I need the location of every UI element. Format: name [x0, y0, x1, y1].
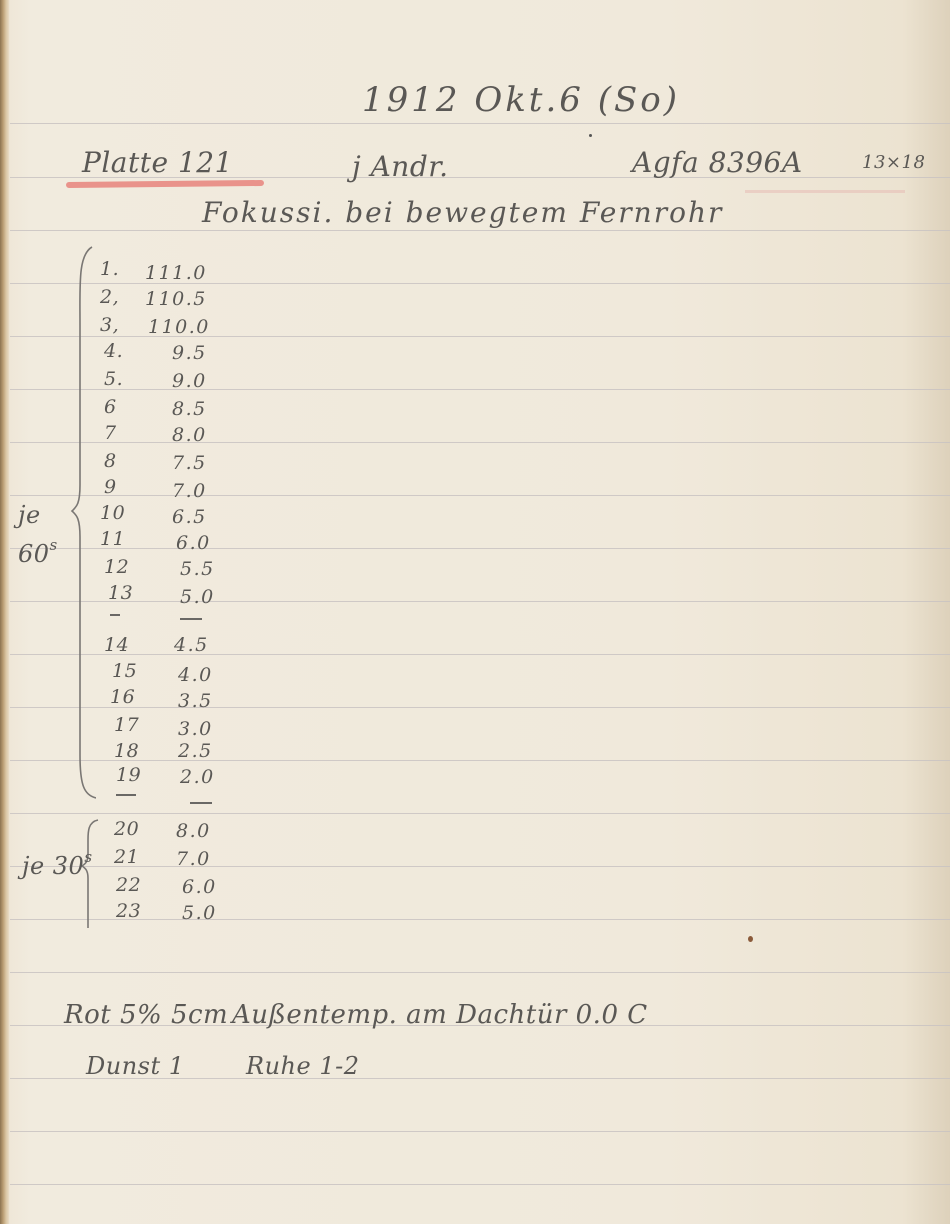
ruled-line [10, 1131, 950, 1132]
group1-interval-label: je 60s [18, 500, 58, 569]
group1-label-je: je [18, 501, 41, 529]
focus-value: 5.0 [182, 902, 217, 924]
ruled-line [10, 1184, 950, 1185]
ruled-line [10, 707, 950, 708]
exposure-number: 5. [104, 368, 123, 390]
focus-value: 110.5 [145, 288, 207, 310]
group2-label-text: je 30 [22, 852, 84, 880]
ruled-line [10, 813, 950, 814]
focus-value: 3.0 [178, 718, 213, 740]
exposure-number: 10 [100, 502, 125, 524]
exposure-number: 13 [108, 582, 133, 604]
ruled-line [10, 654, 950, 655]
focus-value: 7.0 [172, 480, 207, 502]
exposure-number: 2, [100, 286, 119, 308]
exposure-number: 3, [100, 314, 119, 336]
focus-value: 110.0 [148, 316, 210, 338]
exposure-number: 9 [104, 476, 117, 498]
ruled-line [10, 442, 950, 443]
separator-dash [180, 618, 202, 620]
ruled-line [10, 230, 950, 231]
note-seeing: Ruhe 1-2 [246, 1052, 359, 1080]
faint-red-mark [745, 190, 905, 193]
focus-value: 9.0 [172, 370, 207, 392]
note-haze: Dunst 1 [86, 1052, 185, 1080]
focus-value: 5.5 [180, 558, 215, 580]
ruled-line [10, 548, 950, 549]
group1-label-unit: s [50, 536, 58, 554]
exposure-number: 22 [116, 874, 141, 896]
ruled-line [10, 495, 950, 496]
focus-value: 4.5 [174, 634, 209, 656]
exposure-number: 17 [114, 714, 139, 736]
red-pencil-underline [66, 180, 264, 188]
group2-label-unit: s [84, 848, 92, 866]
binding-edge [0, 0, 9, 1224]
exposure-number: 19 [116, 764, 141, 786]
page-title-date: 1912 Okt.6 (So) [362, 80, 680, 120]
focus-value: 9.5 [172, 342, 207, 364]
exposure-number: 1. [100, 258, 119, 280]
exposure-number: 15 [112, 660, 137, 682]
exposure-number: 11 [100, 528, 125, 550]
exposure-number: 23 [116, 900, 141, 922]
exposure-number: 14 [104, 634, 129, 656]
separator-dash [110, 614, 120, 616]
ink-spot [748, 936, 753, 942]
ruled-line [10, 601, 950, 602]
group2-interval-label: je 30s [22, 848, 93, 880]
note-temperature: Außentemp. am Dachtür 0.0 C [232, 1000, 648, 1030]
exposure-number: 16 [110, 686, 135, 708]
note-filter: Rot 5% 5cm [64, 1000, 228, 1030]
group1-label-seconds: 60 [18, 540, 50, 568]
underline-dash [116, 794, 136, 796]
focus-value: 2.5 [178, 740, 213, 762]
plate-emulsion: Agfa 8396A [632, 146, 803, 179]
notebook-page: 1912 Okt.6 (So) Platte 121 j Andr. Agfa … [0, 0, 950, 1224]
observer-name: j Andr. [352, 150, 448, 183]
focus-value: 6.0 [182, 876, 217, 898]
exposure-number: 12 [104, 556, 129, 578]
exposure-number: 18 [114, 740, 139, 762]
exposure-number: 4. [104, 340, 123, 362]
exposure-number: 7 [104, 422, 117, 444]
ruled-line [10, 389, 950, 390]
ruled-line [10, 866, 950, 867]
exposure-number: 8 [104, 450, 117, 472]
exposure-number: 6 [104, 396, 117, 418]
focus-value: 4.0 [178, 664, 213, 686]
page-subtitle: Fokussi. bei bewegtem Fernrohr [202, 196, 723, 229]
focus-value: 8.0 [172, 424, 207, 446]
focus-value: 5.0 [180, 586, 215, 608]
exposure-number: 21 [114, 846, 139, 868]
focus-value: 3.5 [178, 690, 213, 712]
exposure-number: 20 [114, 818, 139, 840]
ruled-line [10, 123, 950, 124]
ruled-line [10, 972, 950, 973]
focus-value: 2.0 [180, 766, 215, 788]
focus-value: 111.0 [145, 262, 207, 284]
focus-value: 8.5 [172, 398, 207, 420]
ink-dot [589, 134, 592, 137]
plate-label: Platte 121 [82, 146, 233, 179]
focus-value: 8.0 [176, 820, 211, 842]
focus-value: 6.5 [172, 506, 207, 528]
focus-value: 7.0 [176, 848, 211, 870]
focus-value: 7.5 [172, 452, 207, 474]
separator-dash [190, 802, 212, 804]
focus-value: 6.0 [176, 532, 211, 554]
plate-size: 13×18 [862, 152, 925, 173]
ruled-line [10, 919, 950, 920]
curly-brace-group1 [70, 245, 96, 800]
ruled-line [10, 760, 950, 761]
